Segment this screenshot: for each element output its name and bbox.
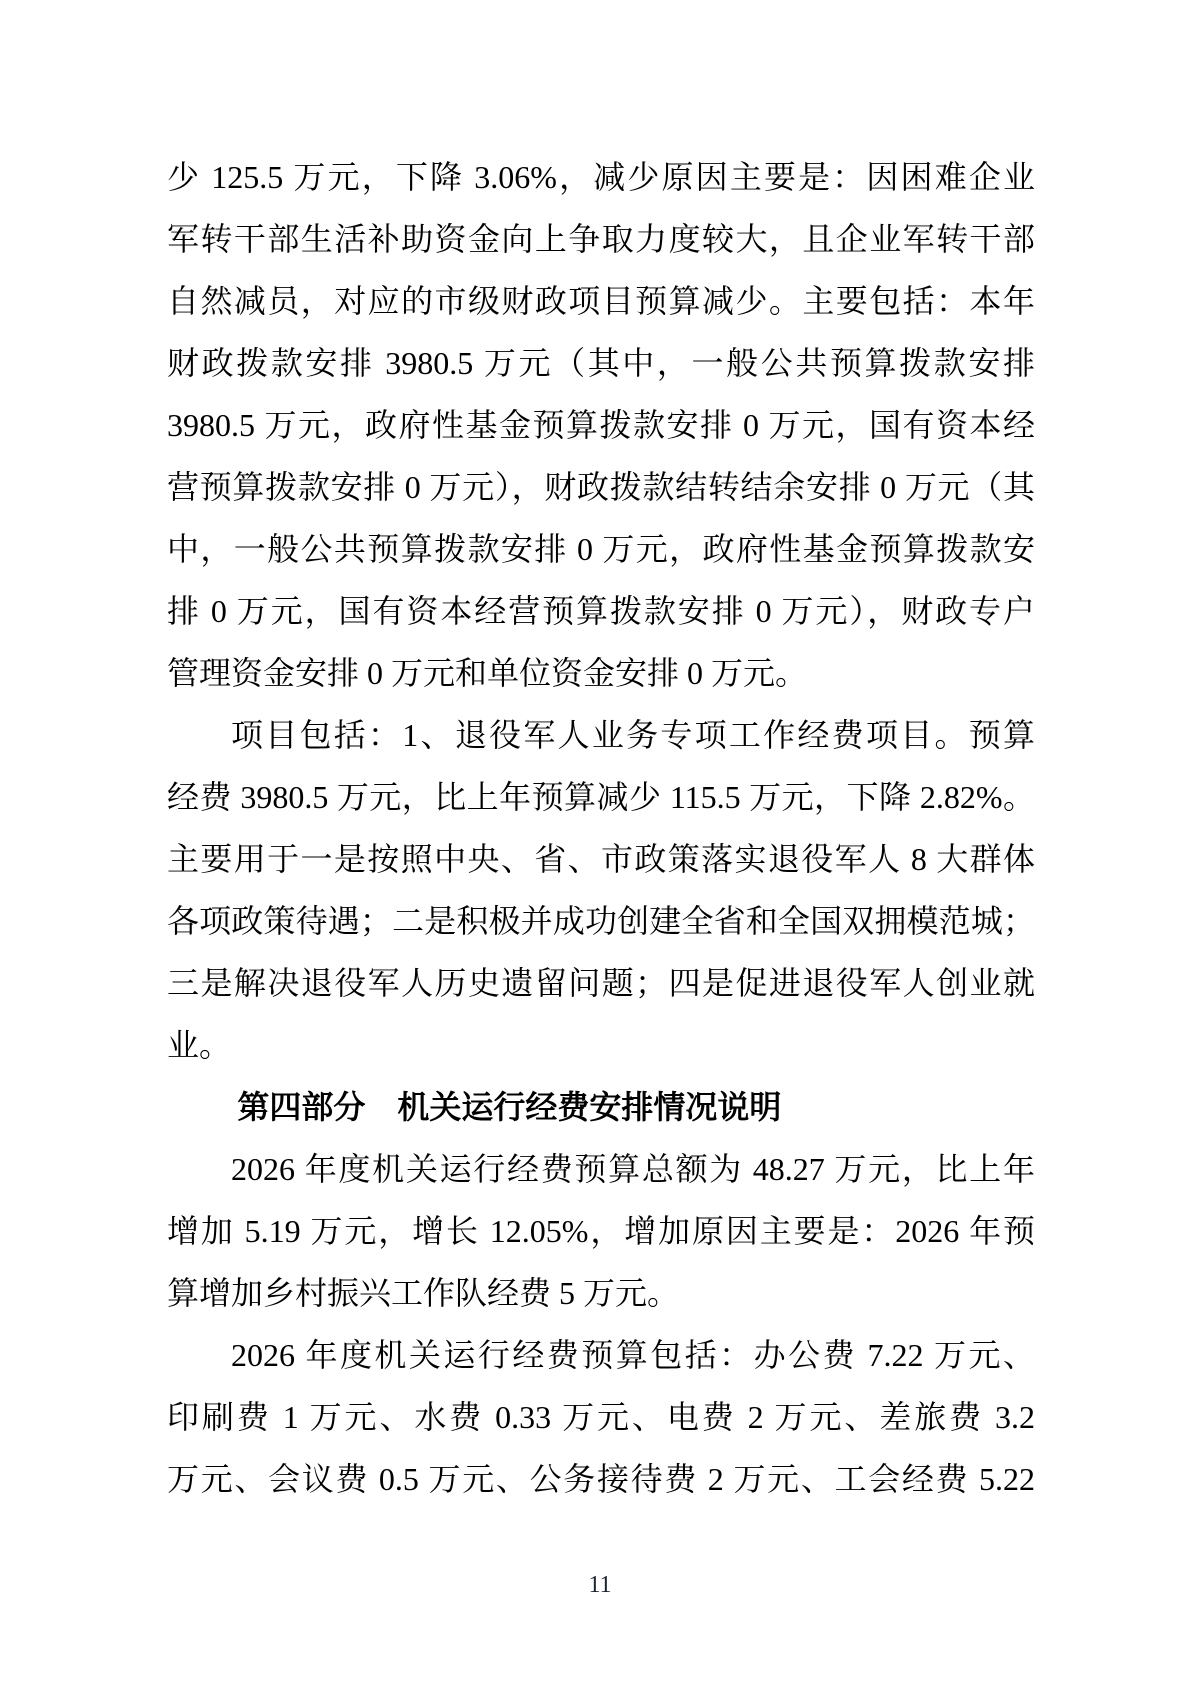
body-line: 营预算拨款安排 0 万元），财政拨款结转结余安排 0 万元（其 — [167, 456, 1035, 518]
body-line: 自然减员，对应的市级财政项目预算减少。主要包括：本年 — [167, 270, 1035, 332]
section-heading: 第四部分 机关运行经费安排情况说明 — [167, 1076, 1035, 1138]
body-line: 排 0 万元，国有资本经营预算拨款安排 0 万元），财政专户 — [167, 580, 1035, 642]
document-body: 少 125.5 万元，下降 3.06%，减少原因主要是：因困难企业 军转干部生活… — [167, 146, 1035, 1510]
body-line: 算增加乡村振兴工作队经费 5 万元。 — [167, 1262, 1035, 1324]
body-line: 管理资金安排 0 万元和单位资金安排 0 万元。 — [167, 642, 1035, 704]
body-line: 2026 年度机关运行经费预算总额为 48.27 万元，比上年 — [167, 1138, 1035, 1200]
body-line: 经费 3980.5 万元，比上年预算减少 115.5 万元，下降 2.82%。 — [167, 766, 1035, 828]
body-line: 三是解决退役军人历史遗留问题；四是促进退役军人创业就 — [167, 952, 1035, 1014]
body-line: 增加 5.19 万元，增长 12.05%，增加原因主要是：2026 年预 — [167, 1200, 1035, 1262]
body-line: 印刷费 1 万元、水费 0.33 万元、电费 2 万元、差旅费 3.2 — [167, 1386, 1035, 1448]
body-line: 3980.5 万元，政府性基金预算拨款安排 0 万元，国有资本经 — [167, 394, 1035, 456]
body-line: 中，一般公共预算拨款安排 0 万元，政府性基金预算拨款安 — [167, 518, 1035, 580]
body-line: 财政拨款安排 3980.5 万元（其中，一般公共预算拨款安排 — [167, 332, 1035, 394]
body-line: 各项政策待遇；二是积极并成功创建全省和全国双拥模范城； — [167, 890, 1035, 952]
body-line: 2026 年度机关运行经费预算包括：办公费 7.22 万元、 — [167, 1324, 1035, 1386]
body-line: 万元、会议费 0.5 万元、公务接待费 2 万元、工会经费 5.22 — [167, 1448, 1035, 1510]
body-line: 主要用于一是按照中央、省、市政策落实退役军人 8 大群体 — [167, 828, 1035, 890]
body-line: 少 125.5 万元，下降 3.06%，减少原因主要是：因困难企业 — [167, 146, 1035, 208]
page-number: 11 — [0, 1570, 1200, 1600]
body-line: 业。 — [167, 1014, 1035, 1076]
document-page: 少 125.5 万元，下降 3.06%，减少原因主要是：因困难企业 军转干部生活… — [0, 0, 1200, 1697]
body-line: 项目包括：1、退役军人业务专项工作经费项目。预算 — [167, 704, 1035, 766]
body-line: 军转干部生活补助资金向上争取力度较大，且企业军转干部 — [167, 208, 1035, 270]
